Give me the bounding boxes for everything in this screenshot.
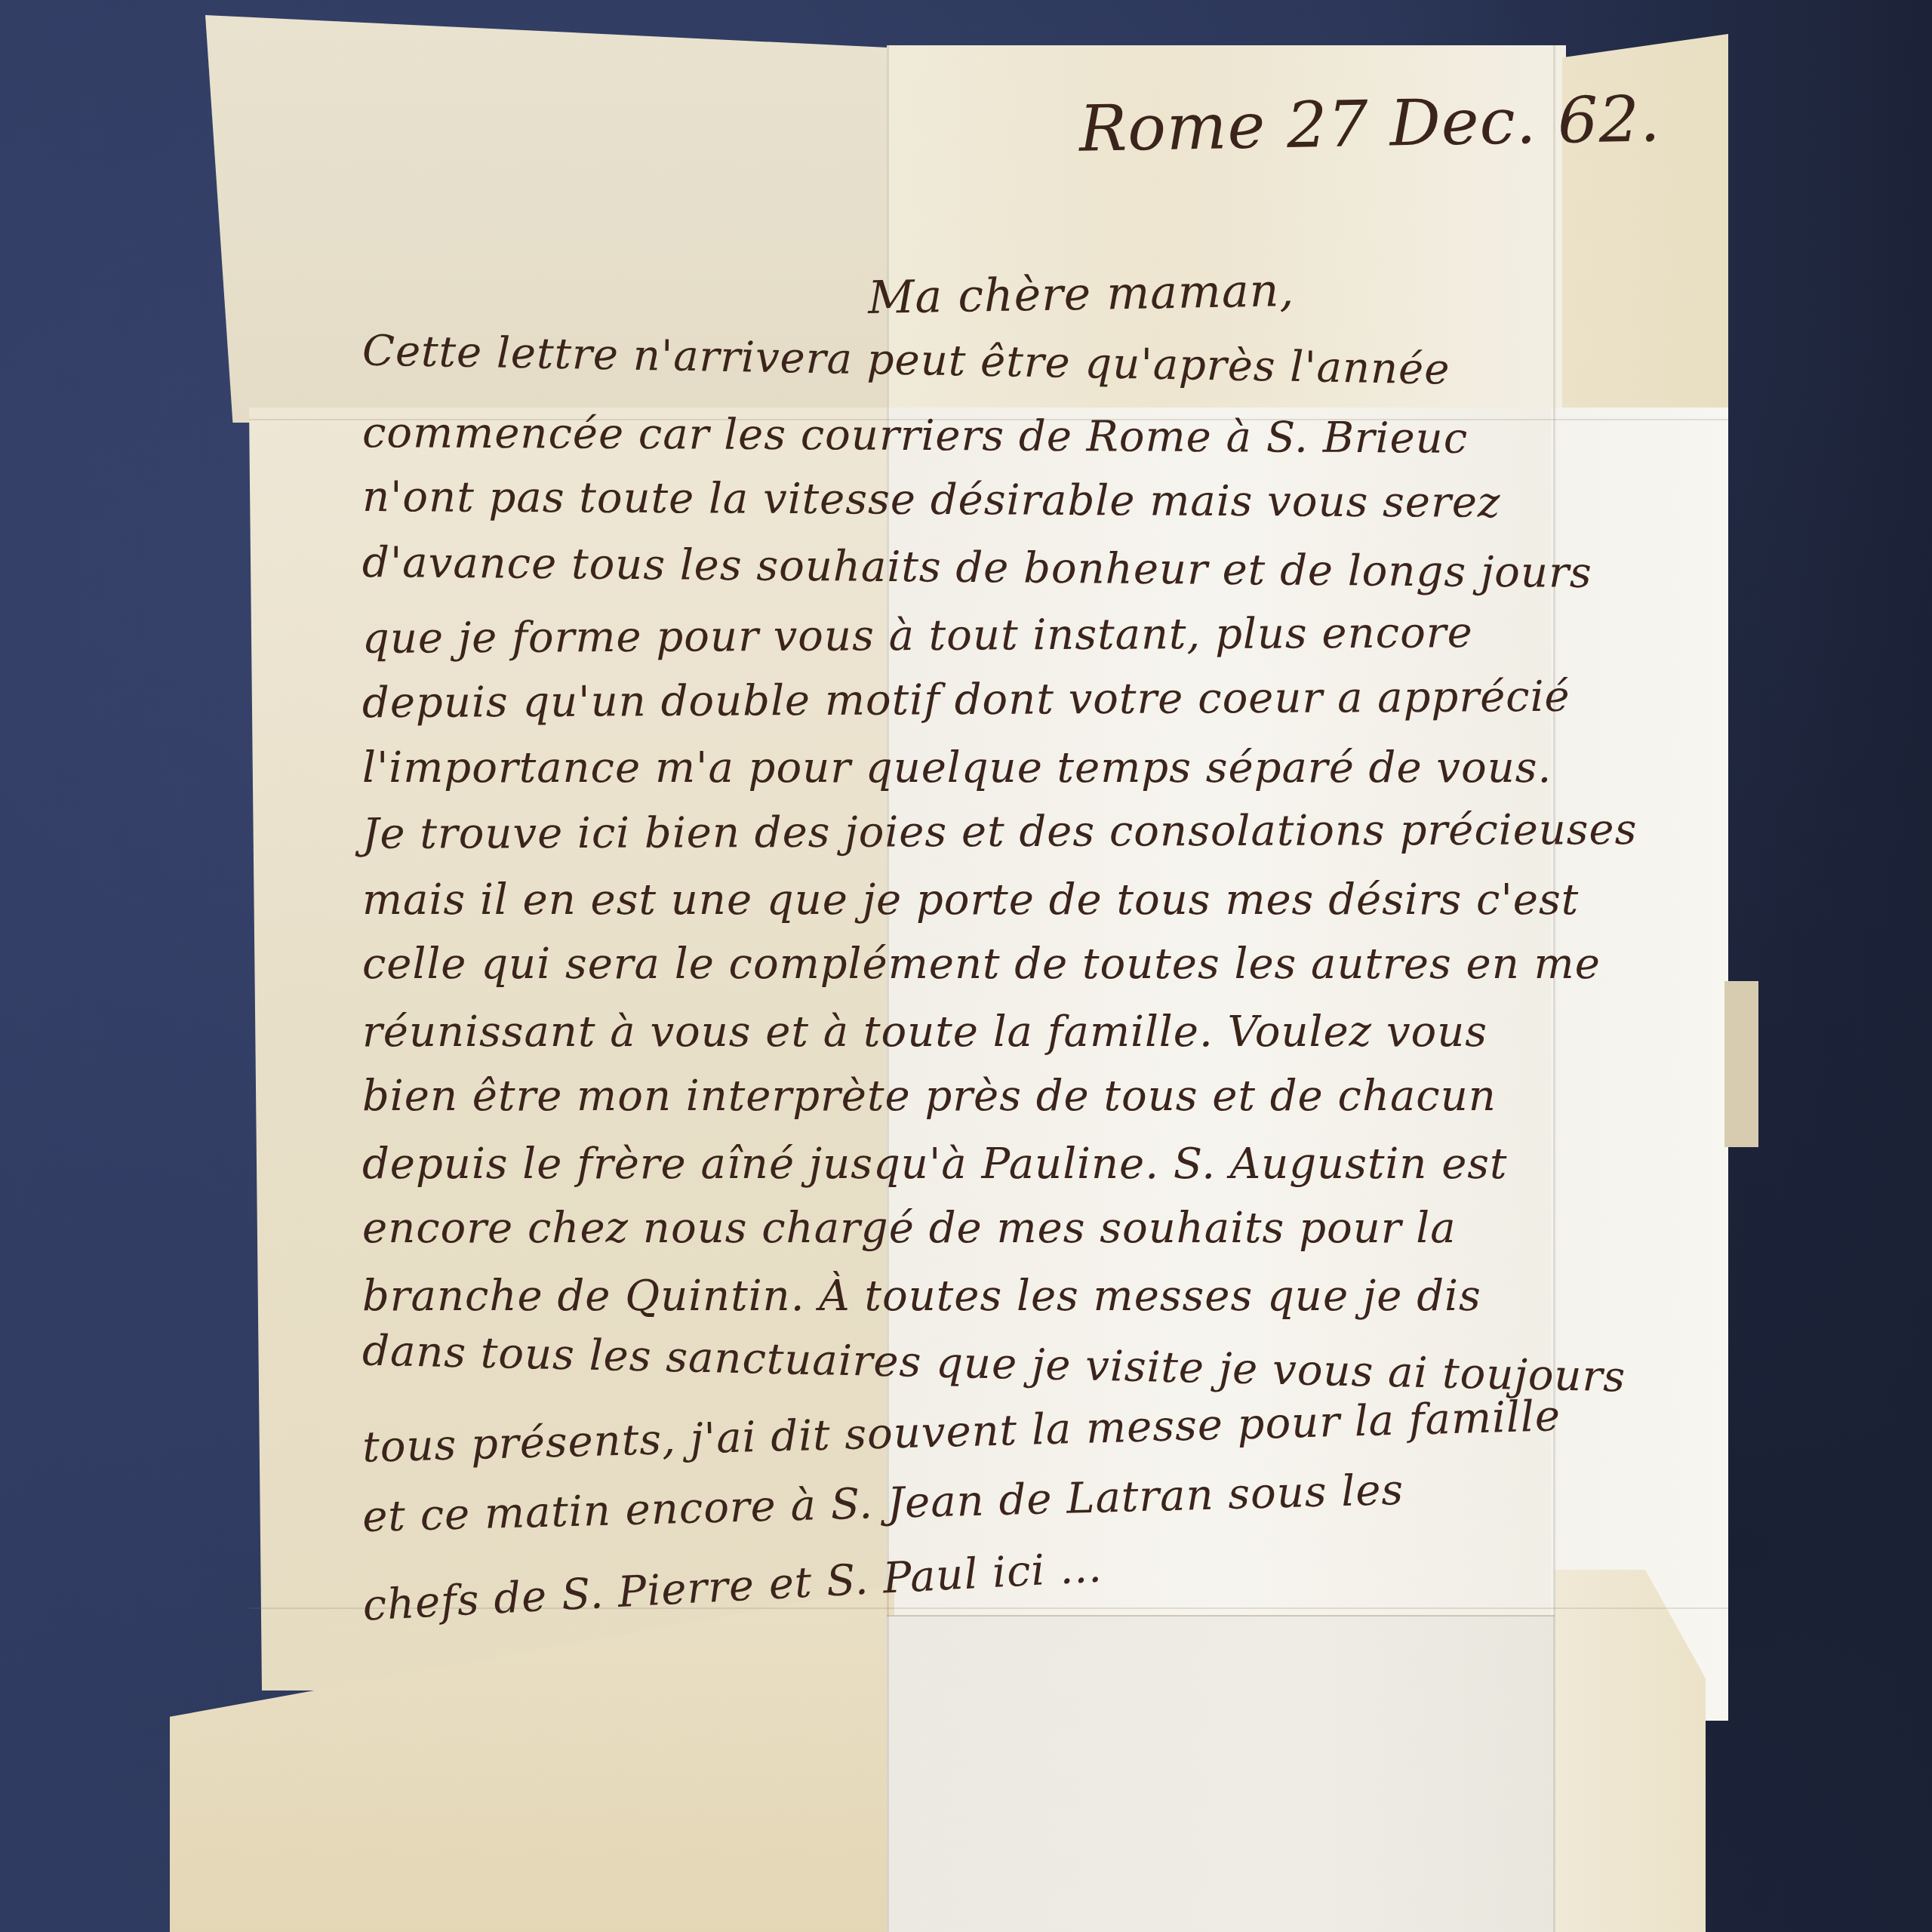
paper-bottom-center-flap xyxy=(887,1615,1581,1932)
fold-crease-vertical-right xyxy=(1553,45,1555,1932)
letter-line: encore chez nous chargé de mes souhaits … xyxy=(362,1204,1457,1253)
letter-line: branche de Quintin. À toutes les messes … xyxy=(362,1272,1481,1321)
letter-line: celle qui sera le complément de toutes l… xyxy=(362,940,1601,989)
letter-line: Je trouve ici bien des joies et des cons… xyxy=(362,805,1638,859)
letter-line: mais il en est une que je porte de tous … xyxy=(362,875,1579,924)
paper-right-panel xyxy=(1551,408,1728,1721)
letter-line: que je forme pour vous à tout instant, p… xyxy=(362,608,1473,663)
letter-line: commencée car les courriers de Rome à S.… xyxy=(362,408,1468,463)
letter-line: depuis le frère aîné jusqu'à Pauline. S.… xyxy=(362,1140,1508,1189)
letter-line: n'ont pas toute la vitesse désirable mai… xyxy=(362,472,1501,528)
letter-line: bien être mon interprète près de tous et… xyxy=(362,1072,1497,1121)
letter-line: depuis qu'un double motif dont votre coe… xyxy=(362,672,1571,728)
fold-crease-vertical-left xyxy=(887,45,889,1932)
paper-right-tab xyxy=(1724,981,1758,1147)
letter-salutation: Ma chère maman, xyxy=(867,264,1294,325)
letter-line: l'importance m'a pour quelque temps sépa… xyxy=(362,743,1552,792)
letter-dateline: Rome 27 Dec. 62. xyxy=(1078,82,1661,165)
letter-line: réunissant à vous et à toute la famille.… xyxy=(362,1008,1487,1057)
